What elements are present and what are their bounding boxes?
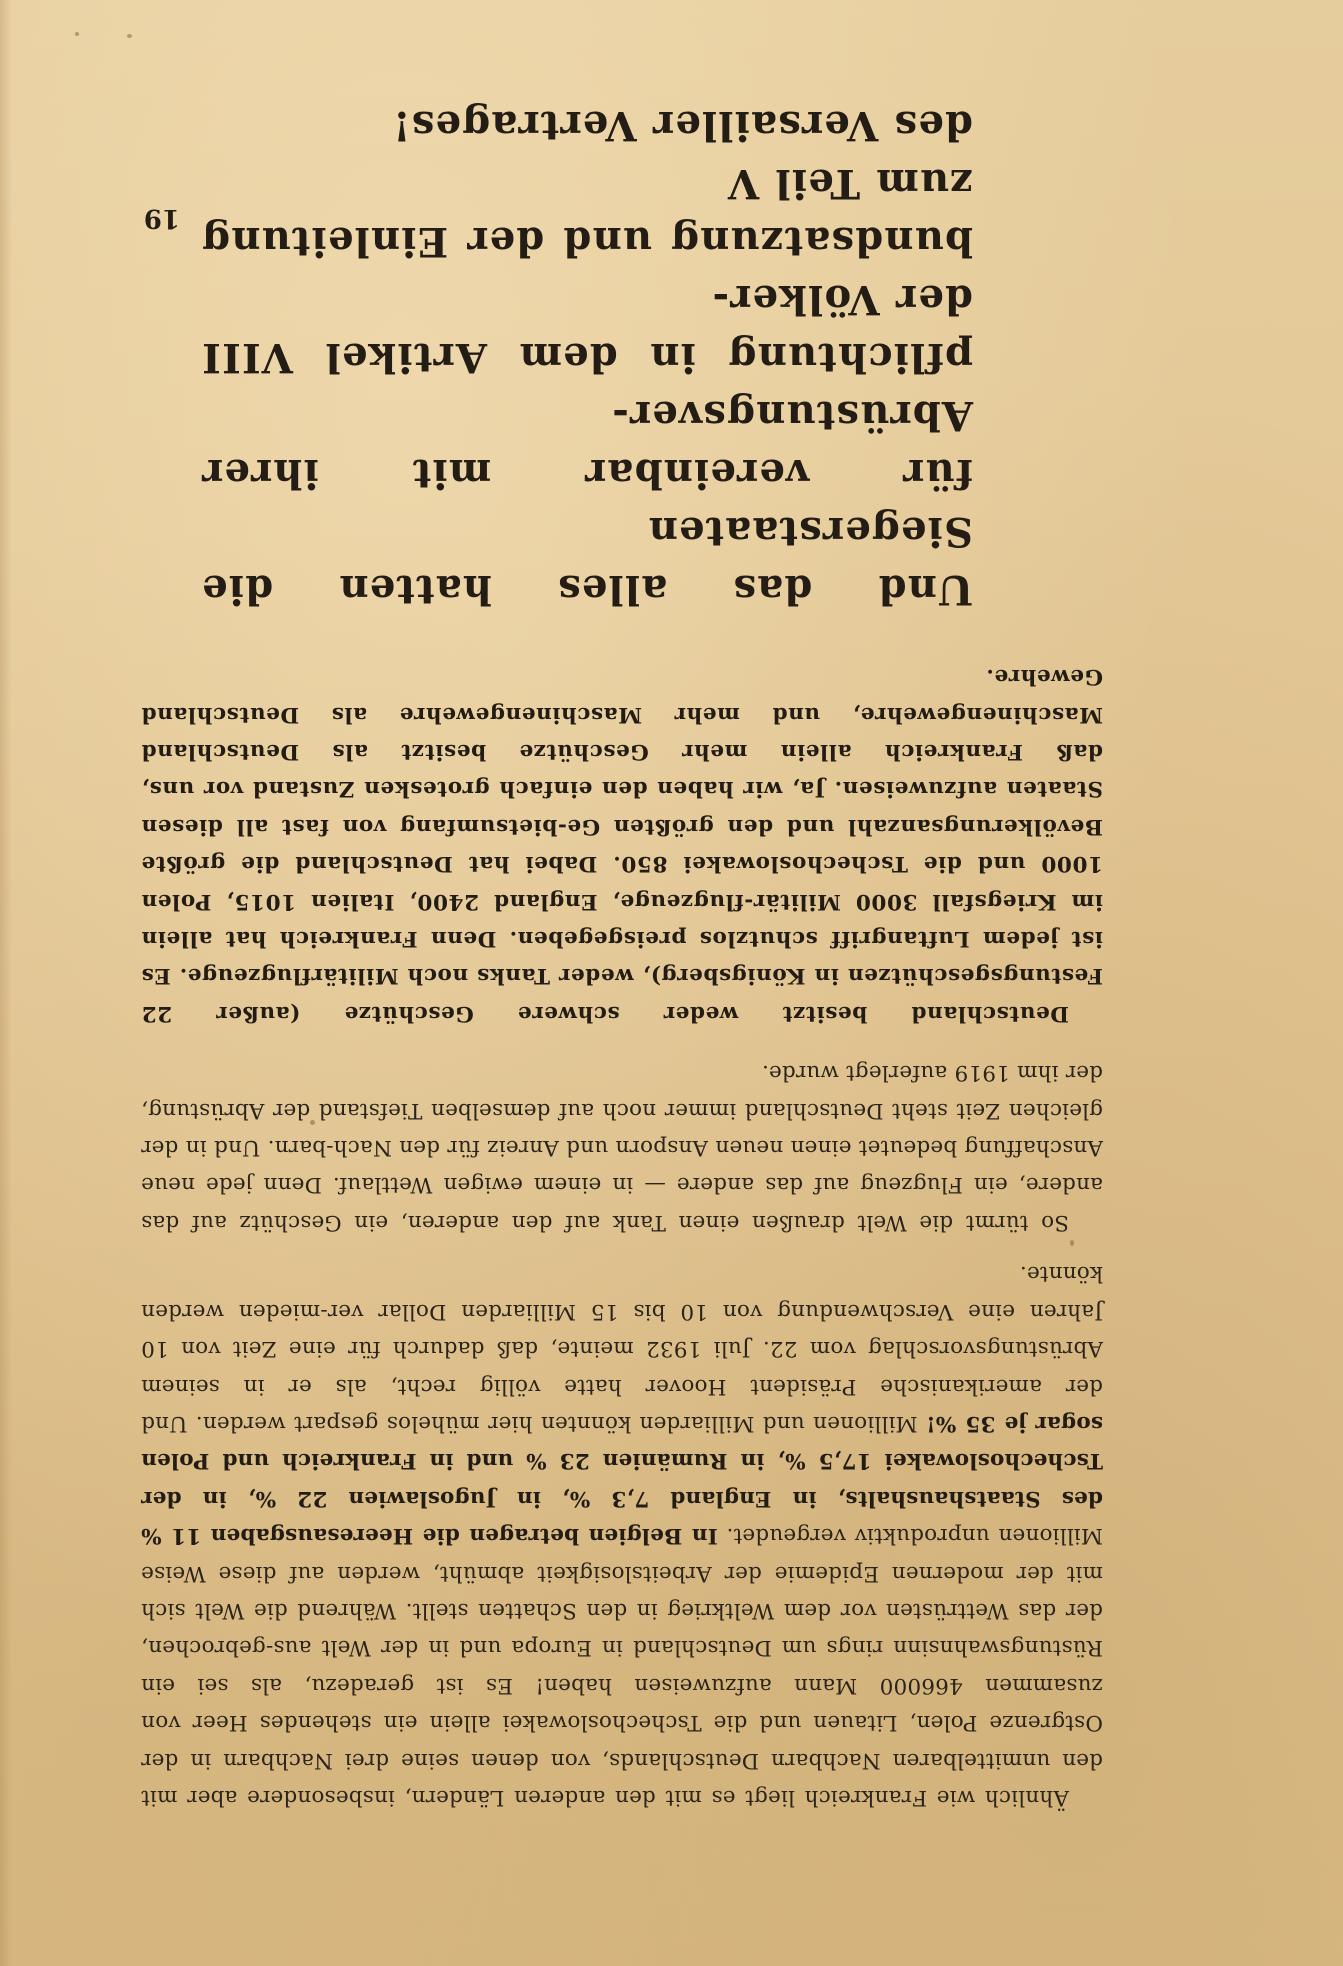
closing-heading: Und das alles hatten die Siegerstaaten f…	[141, 96, 1103, 618]
heading-line: des Versailler Vertrages!	[201, 96, 973, 154]
document-body: Ähnlich wie Frankreich liegt es mit den …	[141, 96, 1103, 1816]
heading-line: bundsatzung und der Einleitung zum Teil …	[201, 154, 973, 270]
paragraph-arms-race: So türmt die Welt draußen einen Tank auf…	[141, 1054, 1103, 1241]
paper-speck	[75, 32, 79, 36]
paragraph-germany-disarmed: Deutschland besitzt weder schwere Geschü…	[141, 658, 1103, 1032]
scanned-page: 19 Ähnlich wie Frankreich liegt es mit d…	[0, 0, 1343, 1966]
paper-speck	[1070, 1240, 1074, 1246]
paragraph-text: Ähnlich wie Frankreich liegt es mit den …	[141, 1523, 1103, 1810]
paper-speck	[310, 1120, 315, 1125]
paragraph-armament-comparison: Ähnlich wie Frankreich liegt es mit den …	[141, 1255, 1103, 1816]
paragraph-text: Millionen und Milliarden könnten hier mü…	[141, 1261, 1103, 1436]
heading-line: pflichtung in dem Artikel VIII der Völke…	[201, 270, 973, 386]
heading-line: Und das alles hatten die Siegerstaaten	[201, 502, 973, 618]
heading-line: für vereinbar mit ihrer Abrüstungsver-	[201, 386, 973, 502]
paper-speck	[127, 34, 132, 38]
rotated-print-area: 19 Ähnlich wie Frankreich liegt es mit d…	[0, 0, 1343, 1966]
